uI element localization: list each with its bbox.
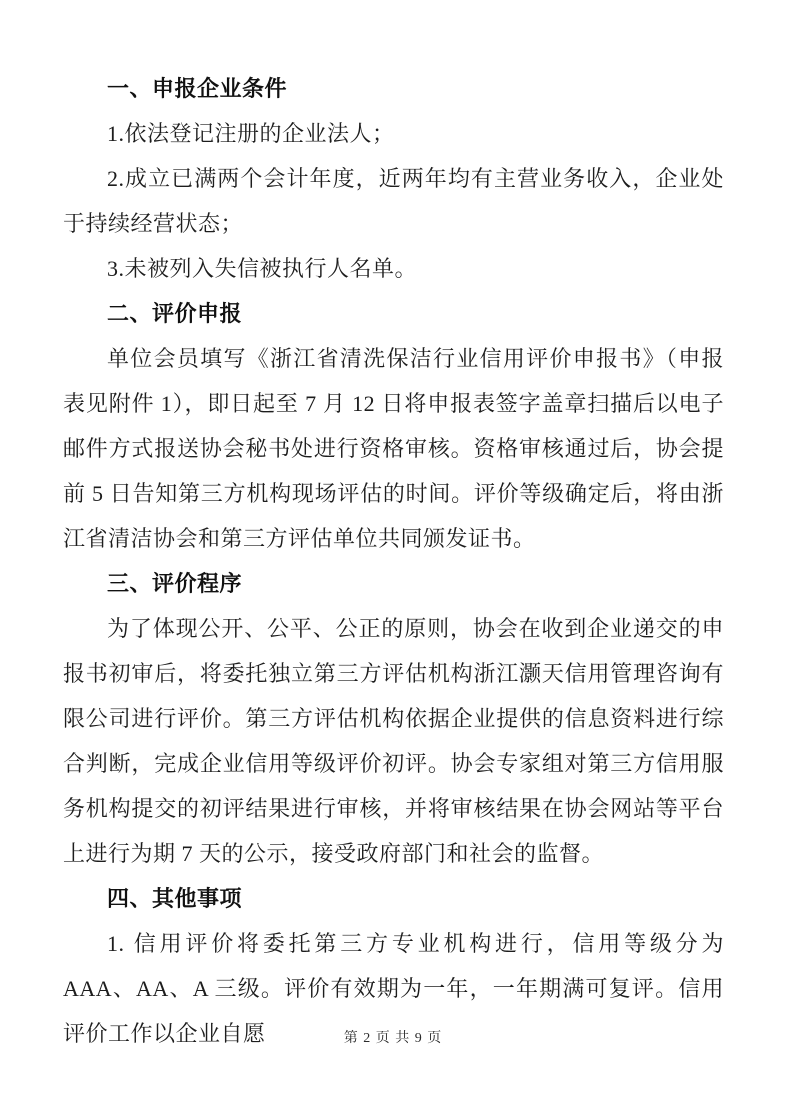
section-1-item-2: 2.成立已满两个会计年度，近两年均有主营业务收入，企业处于持续经营状态；	[63, 156, 724, 246]
section-1-item-3: 3.未被列入失信被执行人名单。	[63, 246, 724, 291]
page-number-text: 第 2 页 共 9 页	[344, 1031, 443, 1046]
section-1-heading: 一、申报企业条件	[63, 66, 724, 111]
section-2-heading: 二、评价申报	[63, 291, 724, 336]
section-3-heading: 三、评价程序	[63, 561, 724, 606]
page-footer: 第 2 页 共 9 页	[0, 1027, 786, 1047]
section-3-paragraph: 为了体现公开、公平、公正的原则，协会在收到企业递交的申报书初审后，将委托独立第三…	[63, 606, 724, 876]
section-4-heading: 四、其他事项	[63, 876, 724, 921]
section-2-paragraph: 单位会员填写《浙江省清洗保洁行业信用评价申报书》（申报表见附件 1），即日起至 …	[63, 336, 724, 561]
section-1-item-1: 1.依法登记注册的企业法人；	[63, 111, 724, 156]
document-page: 一、申报企业条件 1.依法登记注册的企业法人； 2.成立已满两个会计年度，近两年…	[0, 0, 786, 1099]
document-body: 一、申报企业条件 1.依法登记注册的企业法人； 2.成立已满两个会计年度，近两年…	[0, 0, 786, 1056]
